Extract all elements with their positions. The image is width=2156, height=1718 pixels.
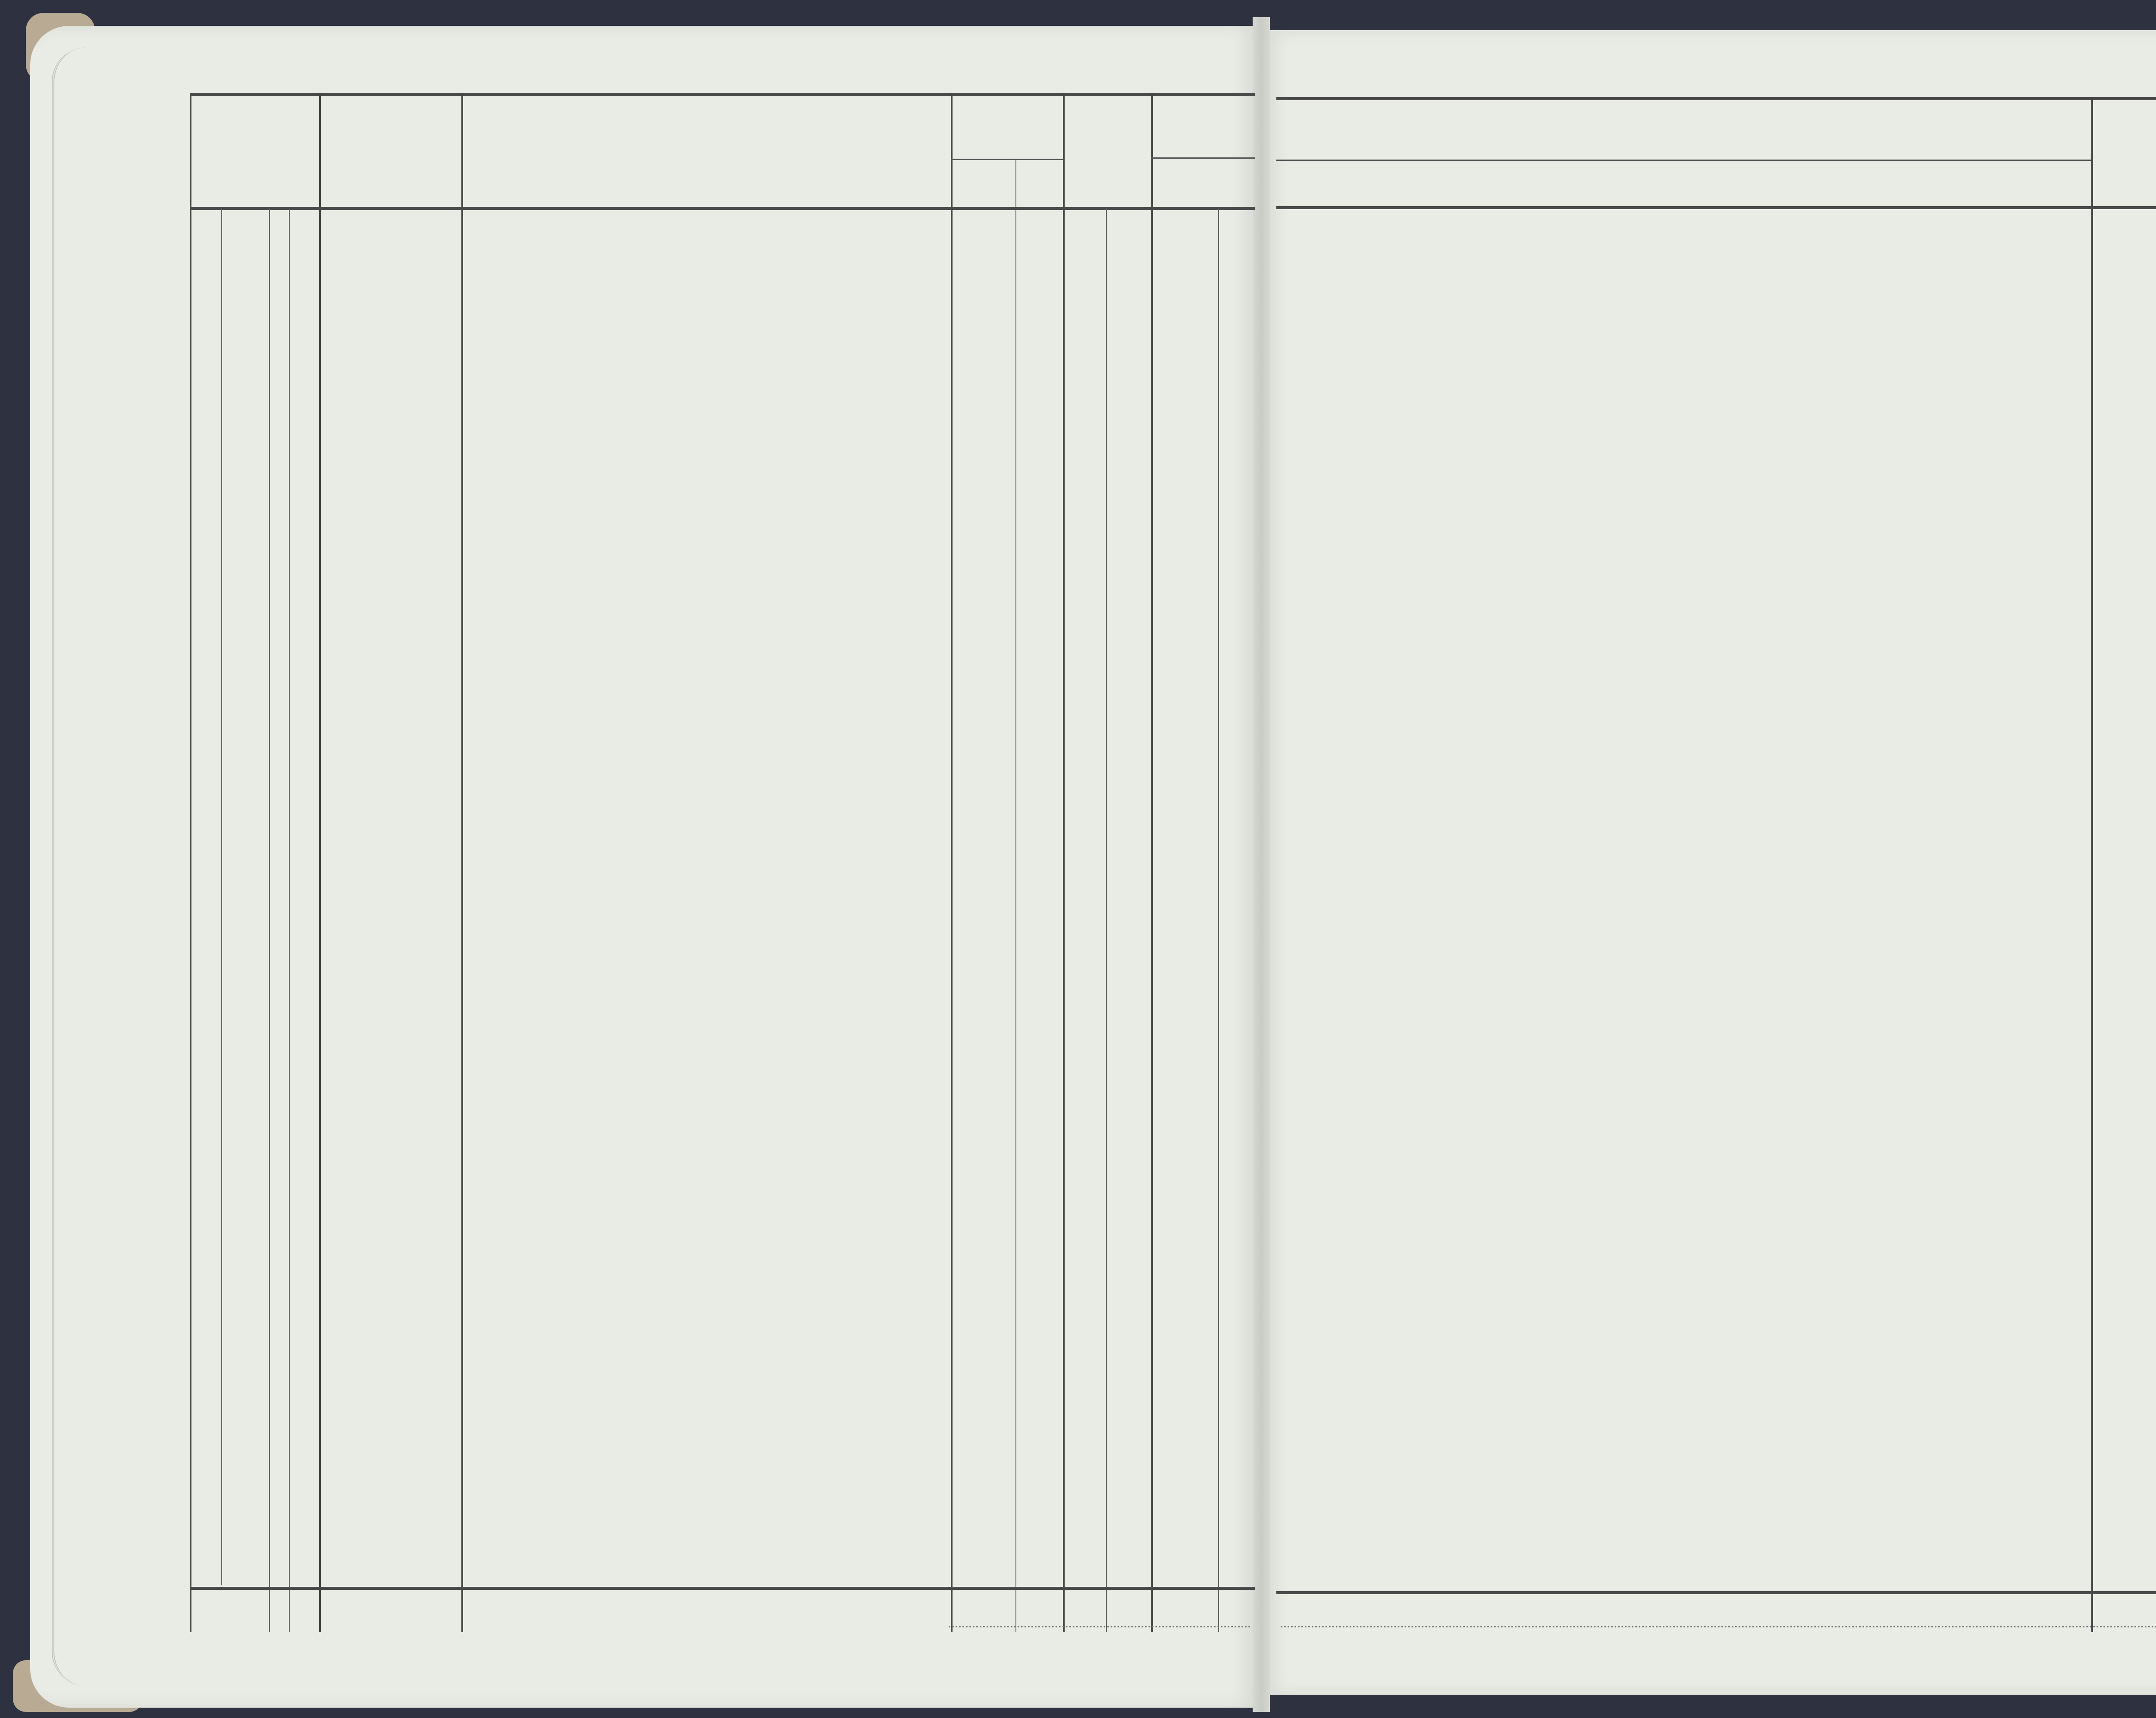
left-page-stack-edge xyxy=(52,47,106,1686)
right-page xyxy=(1261,30,2156,1695)
book-gutter xyxy=(1253,17,1270,1712)
header-intestazioni xyxy=(464,139,951,156)
left-page xyxy=(30,26,1259,1708)
